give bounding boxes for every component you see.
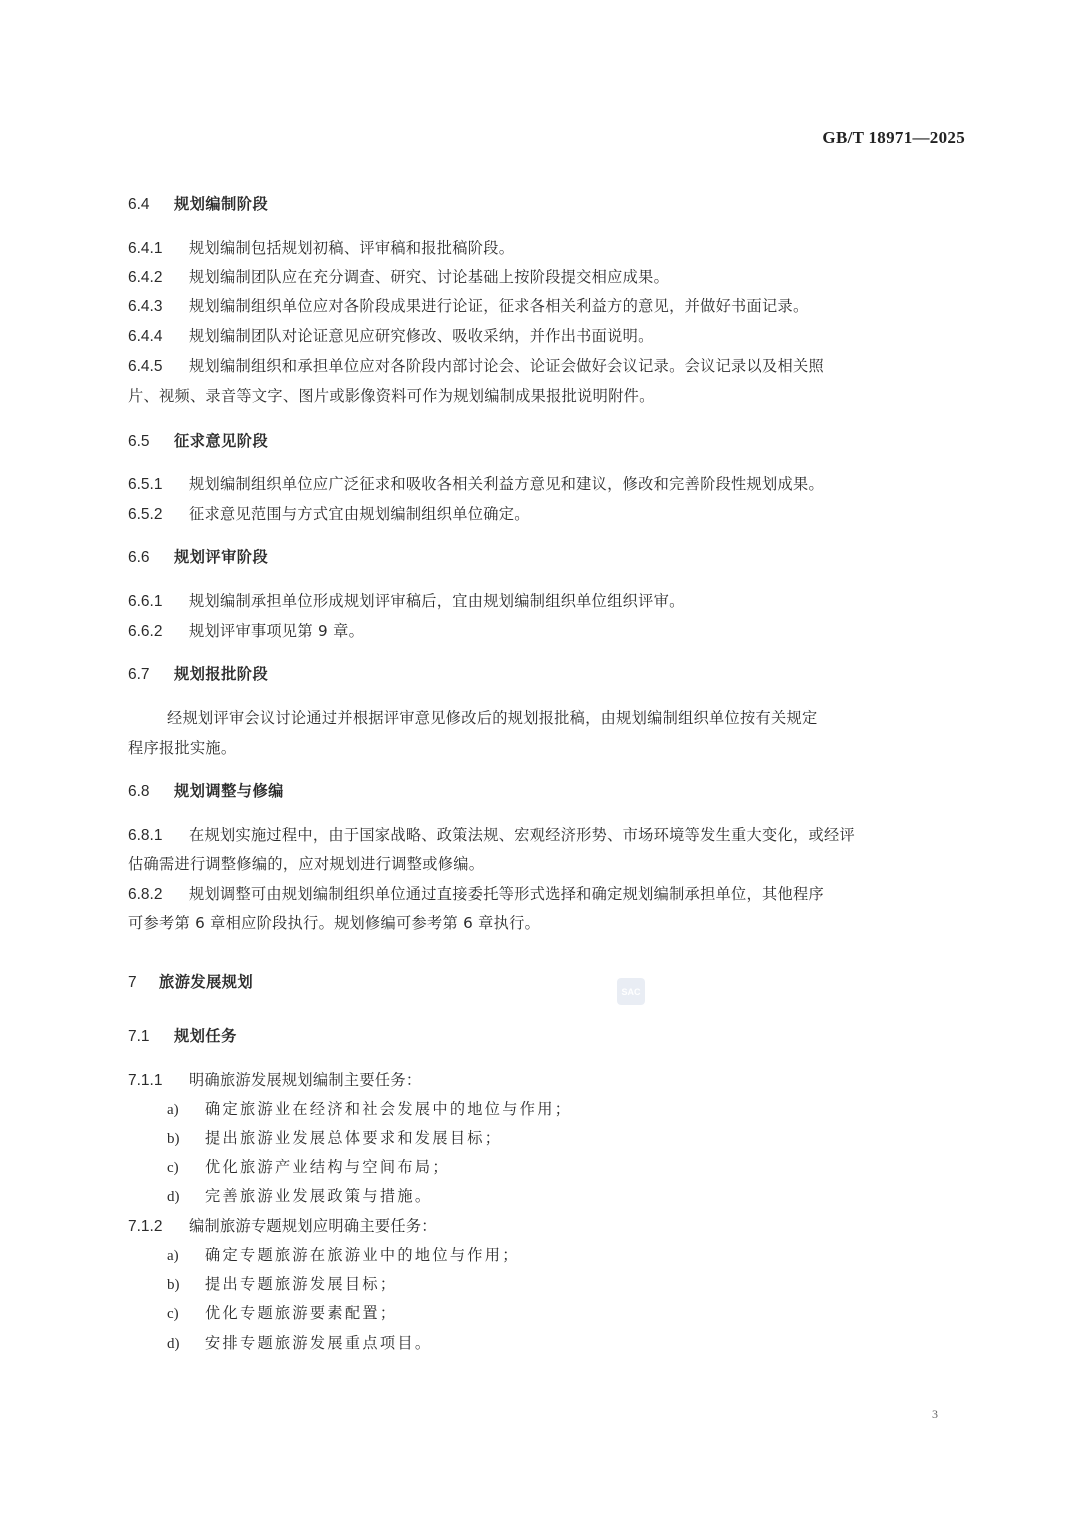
- section-number: 6.5: [128, 433, 174, 451]
- section-heading-6-6: 6.6规划评审阶段: [128, 546, 268, 567]
- chapter-number: 7: [128, 974, 159, 992]
- clause-number: 6.4.1: [128, 240, 189, 258]
- clause-6-5-1: 6.5.1规划编制组织单位应广泛征求和吸收各相关利益方意见和建议，修改和完善阶段…: [128, 473, 824, 494]
- clause-6-5-2: 6.5.2征求意见范围与方式宜由规划编制组织单位确定。: [128, 503, 530, 524]
- list-text: 优化专题旅游要素配置；: [205, 1304, 397, 1322]
- list-text: 完善旅游业发展政策与措施。: [205, 1187, 432, 1205]
- clause-number: 6.8.1: [128, 827, 189, 845]
- standard-code: GB/T 18971—2025: [822, 128, 965, 148]
- list-item: a)确定专题旅游在旅游业中的地位与作用；: [167, 1244, 520, 1265]
- clause-number: 7.1.2: [128, 1218, 189, 1236]
- list-marker: b): [167, 1131, 205, 1148]
- clause-number: 7.1.1: [128, 1072, 189, 1090]
- clause-number: 6.6.1: [128, 593, 189, 611]
- document-page: GB/T 18971—2025 6.4规划编制阶段 6.4.1规划编制包括规划初…: [0, 0, 1080, 1527]
- section-title: 规划调整与修编: [174, 782, 284, 800]
- clause-6-4-2: 6.4.2规划编制团队应在充分调查、研究、讨论基础上按阶段提交相应成果。: [128, 266, 669, 287]
- clause-text: 编制旅游专题规划应明确主要任务：: [189, 1217, 437, 1235]
- clause-text: 片、视频、录音等文字、图片或影像资料可作为规划编制成果报批说明附件。: [128, 387, 655, 405]
- list-item: b)提出旅游业发展总体要求和发展目标；: [167, 1127, 502, 1148]
- list-marker: b): [167, 1277, 205, 1294]
- clause-number: 6.5.1: [128, 476, 189, 494]
- clause-text: 规划编制组织和承担单位应对各阶段内部讨论会、论证会做好会议记录。会议记录以及相关…: [189, 357, 824, 375]
- clause-text: 明确旅游发展规划编制主要任务：: [189, 1071, 421, 1089]
- list-text: 提出专题旅游发展目标；: [205, 1275, 397, 1293]
- list-marker: a): [167, 1102, 205, 1119]
- clause-number: 6.4.5: [128, 358, 189, 376]
- list-text: 提出旅游业发展总体要求和发展目标；: [205, 1129, 502, 1147]
- section-heading-6-4: 6.4规划编制阶段: [128, 193, 268, 214]
- clause-7-1-1: 7.1.1明确旅游发展规划编制主要任务：: [128, 1069, 421, 1090]
- chapter-title: 旅游发展规划: [159, 973, 253, 991]
- section-heading-6-8: 6.8规划调整与修编: [128, 780, 284, 801]
- clause-6-8-2: 6.8.2规划调整可由规划编制组织单位通过直接委托等形式选择和确定规划编制承担单…: [128, 883, 824, 904]
- clause-text: 规划编制组织单位应对各阶段成果进行论证，征求各相关利益方的意见，并做好书面记录。: [189, 297, 809, 315]
- clause-6-4-5-continued: 片、视频、录音等文字、图片或影像资料可作为规划编制成果报批说明附件。: [128, 385, 655, 406]
- paragraph-6-7-continued: 程序报批实施。: [128, 737, 236, 758]
- clause-6-4-1: 6.4.1规划编制包括规划初稿、评审稿和报批稿阶段。: [128, 237, 514, 258]
- paragraph-text: 经规划评审会议讨论通过并根据评审意见修改后的规划报批稿，由规划编制组织单位按有关…: [167, 709, 817, 727]
- section-heading-6-7: 6.7规划报批阶段: [128, 663, 268, 684]
- list-text: 确定专题旅游在旅游业中的地位与作用；: [205, 1246, 520, 1264]
- list-item: c)优化专题旅游要素配置；: [167, 1302, 397, 1323]
- list-marker: d): [167, 1336, 205, 1353]
- clause-text: 征求意见范围与方式宜由规划编制组织单位确定。: [189, 505, 530, 523]
- clause-6-8-1: 6.8.1在规划实施过程中，由于国家战略、政策法规、宏观经济形势、市场环境等发生…: [128, 824, 855, 845]
- section-title: 规划任务: [174, 1027, 237, 1045]
- list-marker: c): [167, 1160, 205, 1177]
- section-title: 征求意见阶段: [174, 432, 268, 450]
- list-marker: c): [167, 1306, 205, 1323]
- paragraph-6-7: 经规划评审会议讨论通过并根据评审意见修改后的规划报批稿，由规划编制组织单位按有关…: [167, 707, 817, 728]
- section-title: 规划评审阶段: [174, 548, 268, 566]
- clause-7-1-2: 7.1.2编制旅游专题规划应明确主要任务：: [128, 1215, 437, 1236]
- clause-6-6-2: 6.6.2规划评审事项见第 9 章。: [128, 620, 364, 641]
- clause-text: 规划调整可由规划编制组织单位通过直接委托等形式选择和确定规划编制承担单位，其他程…: [189, 885, 824, 903]
- clause-text: 规划评审事项见第 9 章。: [189, 622, 364, 640]
- list-marker: d): [167, 1189, 205, 1206]
- list-item: a)确定旅游业在经济和社会发展中的地位与作用；: [167, 1098, 572, 1119]
- section-heading-6-5: 6.5征求意见阶段: [128, 430, 268, 451]
- section-title: 规划报批阶段: [174, 665, 268, 683]
- clause-text: 估确需进行调整修编的，应对规划进行调整或修编。: [128, 855, 484, 873]
- clause-6-6-1: 6.6.1规划编制承担单位形成规划评审稿后，宜由规划编制组织单位组织评审。: [128, 590, 685, 611]
- clause-text: 规划编制团队对论证意见应研究修改、吸收采纳，并作出书面说明。: [189, 327, 654, 345]
- clause-number: 6.4.4: [128, 328, 189, 346]
- list-text: 安排专题旅游发展重点项目。: [205, 1334, 432, 1352]
- clause-number: 6.6.2: [128, 623, 189, 641]
- section-number: 6.6: [128, 549, 174, 567]
- clause-text: 规划编制包括规划初稿、评审稿和报批稿阶段。: [189, 239, 514, 257]
- paragraph-text: 程序报批实施。: [128, 739, 236, 757]
- list-item: d)完善旅游业发展政策与措施。: [167, 1185, 432, 1206]
- clause-6-4-5: 6.4.5规划编制组织和承担单位应对各阶段内部讨论会、论证会做好会议记录。会议记…: [128, 355, 824, 376]
- list-item: d)安排专题旅游发展重点项目。: [167, 1332, 432, 1353]
- section-number: 6.7: [128, 666, 174, 684]
- list-text: 优化旅游产业结构与空间布局；: [205, 1158, 450, 1176]
- page-number: 3: [932, 1407, 938, 1422]
- clause-6-8-1-continued: 估确需进行调整修编的，应对规划进行调整或修编。: [128, 853, 484, 874]
- section-heading-7-1: 7.1规划任务: [128, 1025, 237, 1046]
- clause-number: 6.5.2: [128, 506, 189, 524]
- section-number: 6.8: [128, 783, 174, 801]
- clause-6-4-3: 6.4.3规划编制组织单位应对各阶段成果进行论证，征求各相关利益方的意见，并做好…: [128, 295, 809, 316]
- section-number: 6.4: [128, 196, 174, 214]
- list-marker: a): [167, 1248, 205, 1265]
- chapter-heading-7: 7旅游发展规划: [128, 971, 253, 992]
- clause-number: 6.4.3: [128, 298, 189, 316]
- clause-text: 在规划实施过程中，由于国家战略、政策法规、宏观经济形势、市场环境等发生重大变化，…: [189, 826, 855, 844]
- sac-watermark-logo: SAC: [617, 978, 645, 1005]
- clause-number: 6.4.2: [128, 269, 189, 287]
- list-item: c)优化旅游产业结构与空间布局；: [167, 1156, 450, 1177]
- clause-number: 6.8.2: [128, 886, 189, 904]
- list-text: 确定旅游业在经济和社会发展中的地位与作用；: [205, 1100, 572, 1118]
- clause-6-8-2-continued: 可参考第 6 章相应阶段执行。规划修编可参考第 6 章执行。: [128, 912, 540, 933]
- section-title: 规划编制阶段: [174, 195, 268, 213]
- section-number: 7.1: [128, 1028, 174, 1046]
- clause-6-4-4: 6.4.4规划编制团队对论证意见应研究修改、吸收采纳，并作出书面说明。: [128, 325, 654, 346]
- clause-text: 规划编制承担单位形成规划评审稿后，宜由规划编制组织单位组织评审。: [189, 592, 685, 610]
- list-item: b)提出专题旅游发展目标；: [167, 1273, 397, 1294]
- clause-text: 规划编制团队应在充分调查、研究、讨论基础上按阶段提交相应成果。: [189, 268, 669, 286]
- clause-text: 可参考第 6 章相应阶段执行。规划修编可参考第 6 章执行。: [128, 914, 540, 932]
- clause-text: 规划编制组织单位应广泛征求和吸收各相关利益方意见和建议，修改和完善阶段性规划成果…: [189, 475, 824, 493]
